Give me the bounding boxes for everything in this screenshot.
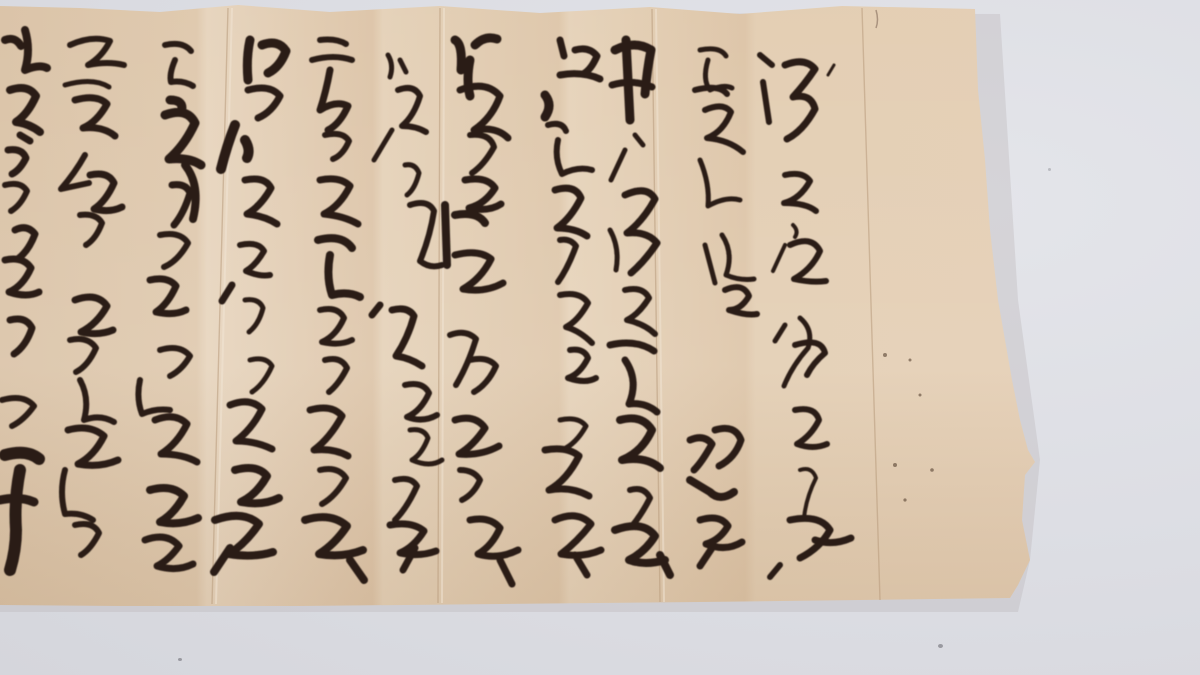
letter-photo [0,0,1200,675]
dust-speck [938,644,943,648]
dust-speck [1048,168,1051,171]
dust-speck [178,658,182,661]
